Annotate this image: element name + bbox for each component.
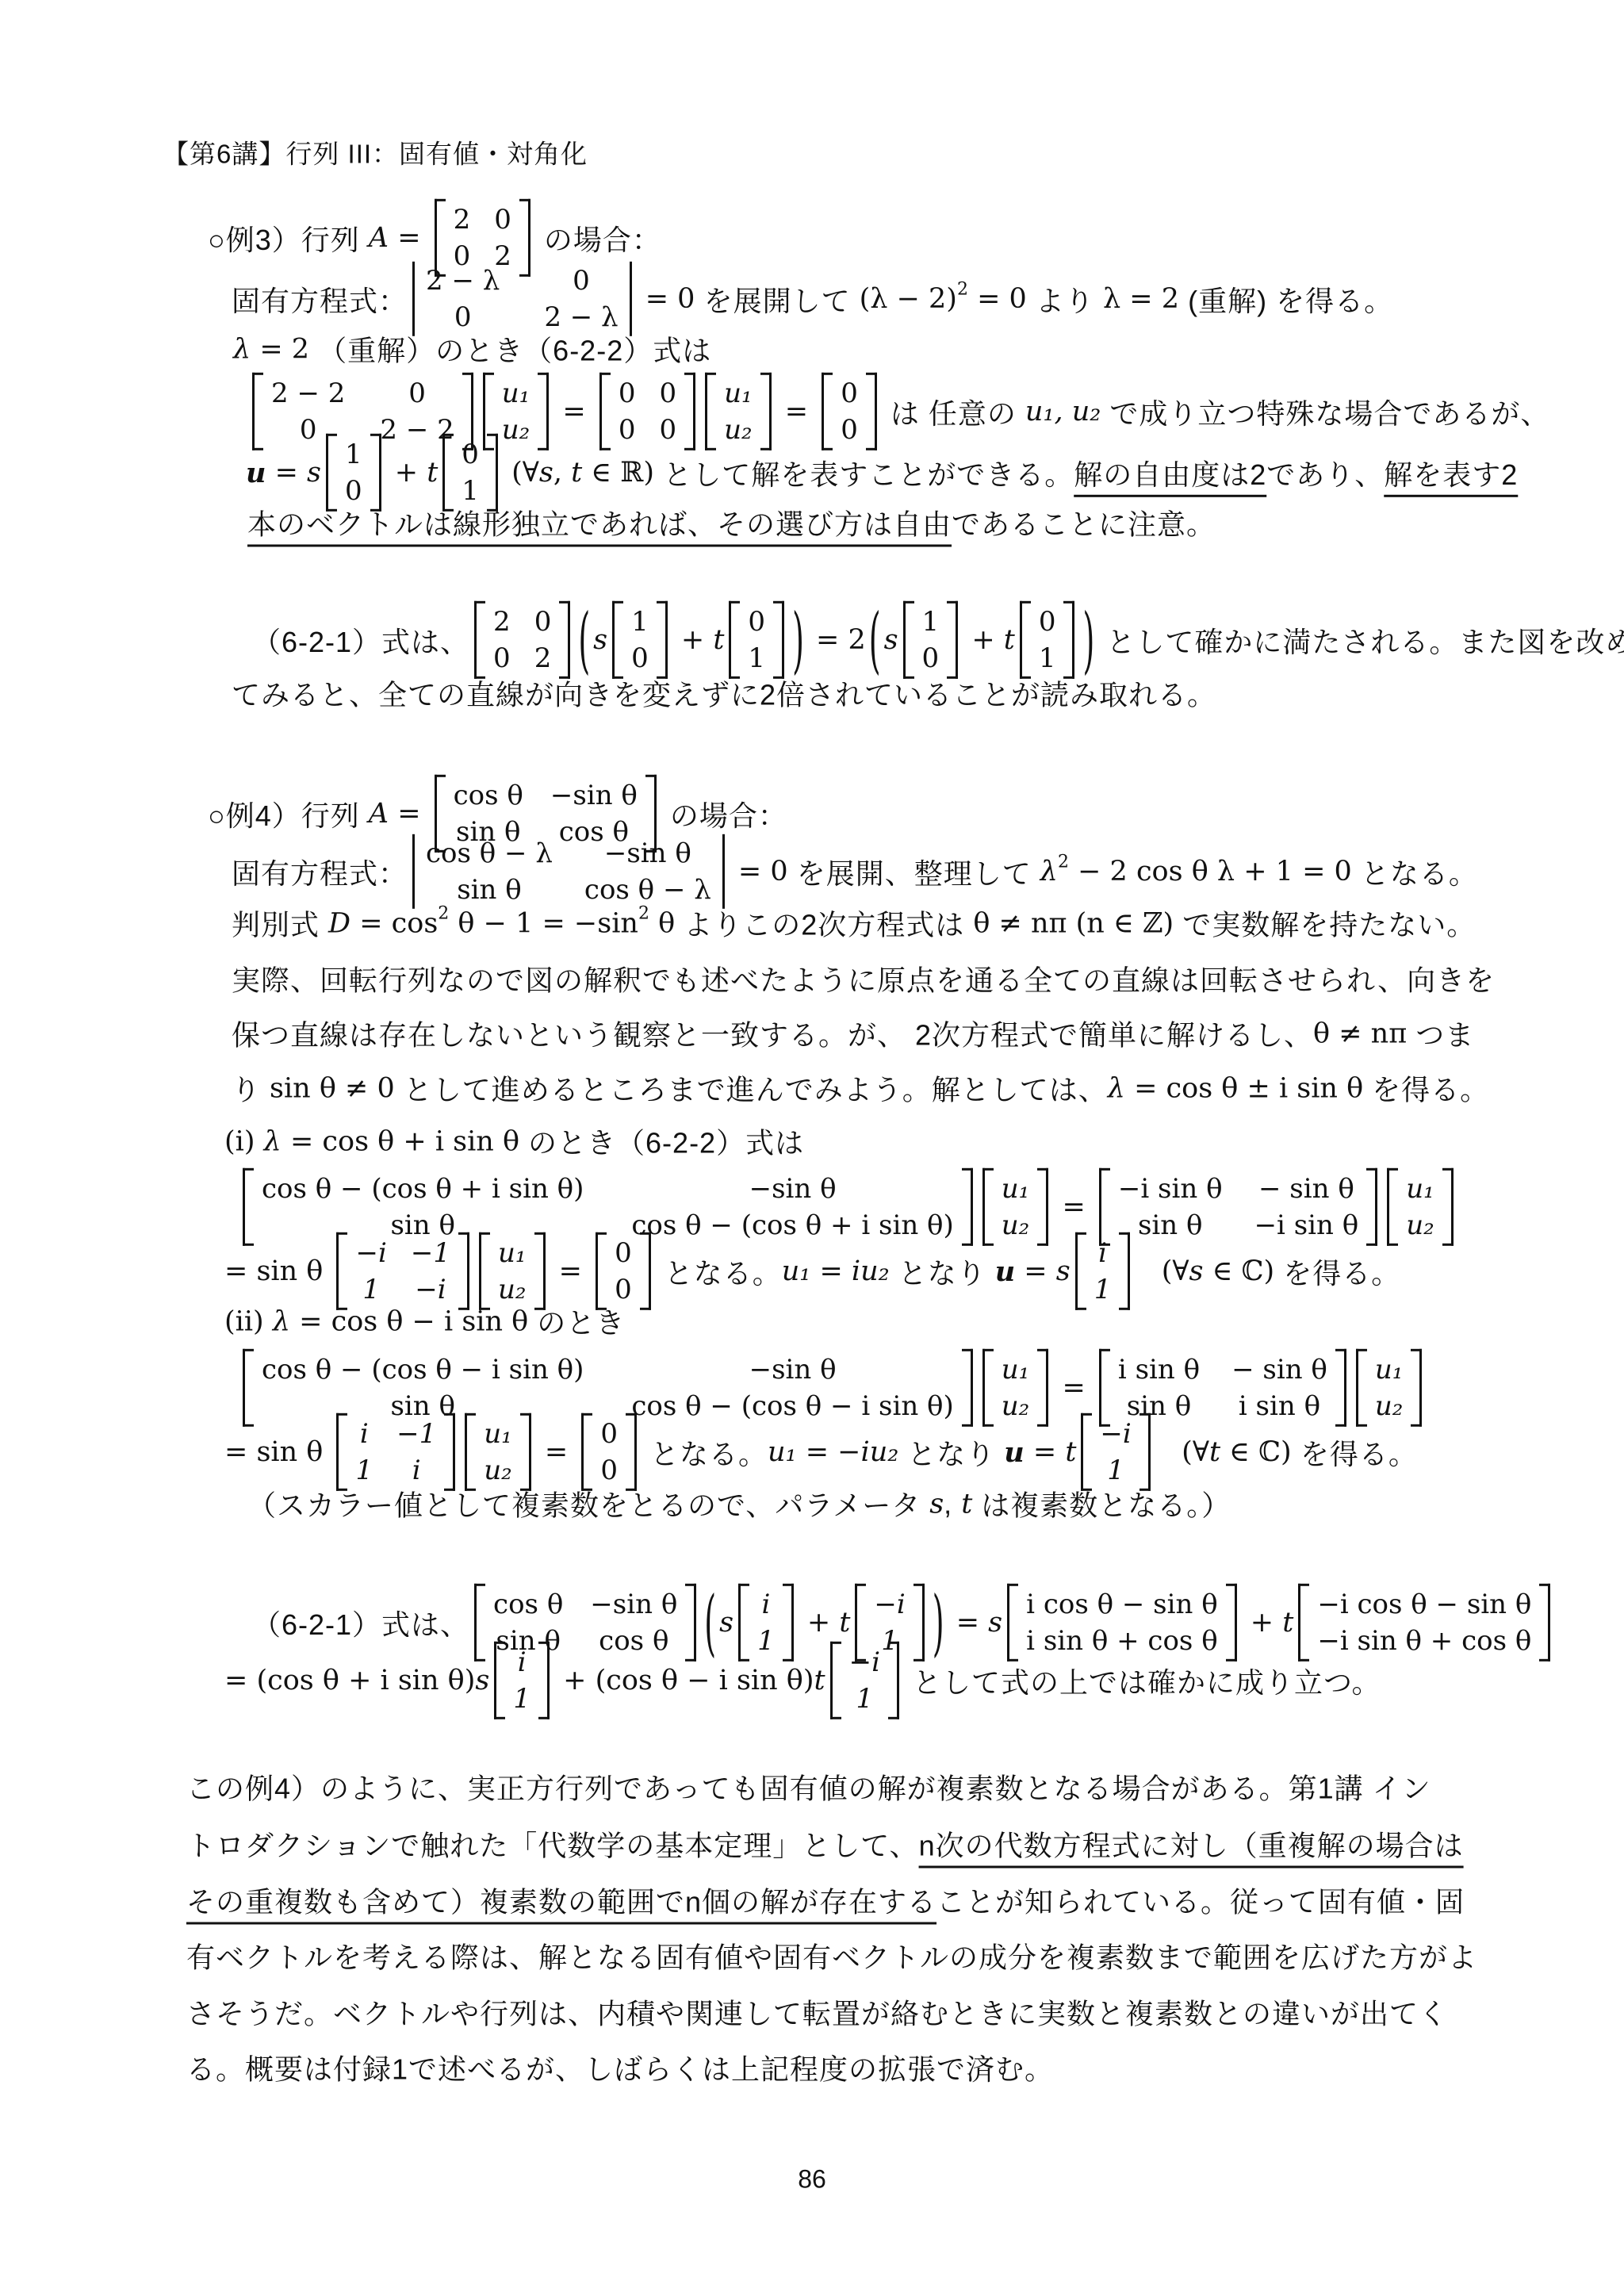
doc-line: 固有方程式：cos θ − λ−sin θsin θcos θ − λ = 0 … [232, 834, 1478, 909]
matrix-cell: u₁ [1002, 1352, 1030, 1387]
doc-line: = sin θ i−11iu₁u₂ = 00 となる。u₁ = −iu₂ となり… [224, 1413, 1418, 1491]
math-run: = [810, 1255, 852, 1287]
text-run: で成り立つ特殊な場合であるが、 [1101, 392, 1549, 432]
matrix-cell: i [1098, 1236, 1107, 1271]
matrix-cell: 1 [631, 604, 649, 639]
math-run: = (cos θ + i sin θ) [224, 1665, 475, 1696]
matrix-cell: u₁ [1406, 1171, 1434, 1206]
bracket-left-icon [830, 1642, 841, 1719]
math-variable: u₁, u₂ [1025, 396, 1101, 427]
math-run: (∀ [1155, 1436, 1209, 1468]
superscript: 2 [638, 903, 649, 923]
text-run: てみると、全ての直線が向きを変えずに2倍されていることが読み取れる。 [232, 673, 1216, 714]
doc-line: （スカラー値として複素数をとるので、パラメータ s, t は複素数となる。） [247, 1484, 1231, 1524]
bracket-right-icon [370, 434, 381, 512]
math-run: θ − 1 = −sin [449, 907, 638, 939]
math-run: , [553, 457, 571, 489]
document-content: ○例3）行列 A = 2002 の場合：固有方程式：2 − λ002 − λ =… [0, 0, 1624, 2296]
doc-line: り sin θ ≠ 0 として進めるところまで進んでみよう。解としては、λ = … [232, 1068, 1489, 1109]
math-variable: t [427, 457, 438, 489]
matrix-cell: cos θ [454, 778, 523, 813]
text-run: , [944, 1487, 961, 1520]
text-run: を得る。 [1363, 1068, 1489, 1109]
doc-line: （6-2-1）式は、2002(s10 + t01) = 2(s10 + t01)… [252, 601, 1624, 679]
big-paren: ( [869, 598, 881, 682]
matrix-cell: −sin θ [550, 778, 638, 813]
matrix-cell: − sin θ [1231, 1352, 1327, 1387]
matrix-cells: i1 [1086, 1232, 1120, 1310]
matrix-cell: u₁ [502, 376, 530, 411]
math-variable: D [328, 907, 350, 939]
math-run: (∀ [1135, 1255, 1189, 1287]
text-run: であり、 [1266, 453, 1384, 493]
matrix-cell: 0 [660, 376, 677, 411]
matrix-cell: 2 − λ [426, 263, 500, 298]
matrix-cell: cos θ − (cos θ − i sin θ) [262, 1352, 584, 1387]
matrix-cell: i [360, 1416, 369, 1451]
matrix-cell: cos θ [493, 1587, 563, 1622]
bracket-left-icon [494, 1642, 505, 1719]
text-run: を得る。 [1283, 1251, 1400, 1292]
matrix-cell: 1 [856, 1681, 873, 1716]
math-run: = [776, 396, 818, 427]
matrix-cells: u₁u₂ [490, 1232, 534, 1310]
bracket-right-icon [534, 1232, 546, 1310]
matrix-cell: 2 [493, 604, 511, 639]
math-run: = [550, 1255, 592, 1287]
superscript: 2 [438, 903, 449, 923]
math-variable: t [961, 1488, 972, 1520]
math-run: = [948, 1607, 989, 1639]
text-run: （スカラー値として複素数をとるので、パラメータ [247, 1484, 929, 1524]
text-run: となる。 [642, 1432, 768, 1473]
matrix-cells: 01 [454, 434, 487, 512]
matrix-cell: −i cos θ − sin θ [1317, 1587, 1531, 1622]
text-run: つま [1407, 1014, 1474, 1054]
bracket-left-icon [581, 1413, 592, 1491]
text-run: 判別式 [232, 903, 328, 944]
matrix-cell: 0 [573, 263, 590, 298]
text-run: は 任意の [882, 392, 1025, 432]
math-run: (i) [224, 1125, 264, 1157]
math-variable: s [719, 1607, 733, 1639]
text-run: として解を表すことができる。 [663, 453, 1074, 493]
bracket-right-icon [773, 601, 784, 679]
column-vector: i1 [494, 1642, 550, 1719]
text-run: のとき（6-2-2）式は [519, 1121, 804, 1162]
math-run: = 0 [637, 283, 704, 315]
math-run: = cos θ − i sin θ [290, 1305, 528, 1337]
math-variable: t [1282, 1607, 1293, 1639]
math-variable: s [475, 1665, 489, 1696]
matrix-cell: cos θ − λ [426, 836, 553, 871]
text-run: となる。 [656, 1251, 782, 1292]
bracket-left-icon [596, 1232, 607, 1310]
vector-symbol: u [995, 1255, 1015, 1288]
math-run: (λ − 2) [860, 283, 957, 315]
math-run: = [266, 457, 307, 489]
matrix-cell: 0 [534, 604, 552, 639]
matrix-cell: 1 [513, 1681, 530, 1716]
bracket-right-icon [626, 1413, 637, 1491]
underlined-text: 解を表す2 [1384, 453, 1518, 493]
text-run: の場合： [661, 794, 787, 834]
matrix: −i−11−i [336, 1232, 469, 1310]
bracket-right-icon [1063, 601, 1074, 679]
matrix-cell: 0 [619, 376, 636, 411]
math-variable: s [1189, 1255, 1204, 1287]
math-run: + [386, 457, 427, 489]
math-run: + (cos θ − i sin θ) [554, 1665, 814, 1696]
math-variable: s [539, 457, 553, 489]
text-run: ことが知られている。従って固有値・固 [936, 1880, 1465, 1921]
math-run: = 2 [807, 624, 866, 656]
doc-line: トロダクションで触れた「代数学の基本定理」として、n次の代数方程式に対し（重複解… [186, 1824, 1464, 1865]
vector-symbol: u [1004, 1436, 1024, 1469]
matrix-cell: 2 [534, 641, 552, 676]
math-variable: u₁ [782, 1255, 811, 1287]
text-run: として式の上では確かに成り立つ。 [904, 1661, 1381, 1701]
bracket-right-icon [640, 1232, 651, 1310]
matrix-cell: 0 [1039, 604, 1056, 639]
column-vector: 10 [326, 434, 381, 512]
matrix-cell: 1 [922, 604, 940, 639]
matrix-cell: 0 [493, 641, 511, 676]
doc-line: 保つ直線は存在しないという観察と一致する。が、 2次方程式で簡単に解けるし、θ … [232, 1014, 1474, 1054]
matrix-cell: u₁ [484, 1416, 512, 1451]
matrix: i−11i [336, 1413, 455, 1491]
vector-symbol: u [246, 457, 266, 489]
matrix-cells: 10 [337, 434, 370, 512]
text-run: 保つ直線は存在しないという観察と一致する。が、 2次方程式で簡単に解けるし、 [232, 1014, 1313, 1054]
text-run: のとき [528, 1301, 625, 1342]
matrix-cell: u₁ [1375, 1352, 1404, 1387]
matrix-cell: i [761, 1587, 770, 1622]
text-run: 有ベクトルを考える際は、解となる固有値や固有ベクトルの成分を複素数まで範囲を広げ… [186, 1936, 1477, 1976]
document-page: 【第6講】行列 III：固有値・対角化 ○例3）行列 A = 2002 の場合：… [0, 0, 1624, 2296]
doc-line: 有ベクトルを考える際は、解となる固有値や固有ベクトルの成分を複素数まで範囲を広げ… [186, 1936, 1477, 1976]
big-paren: ) [1082, 598, 1094, 682]
math-variable: λ [233, 333, 251, 365]
matrix-cell: −i [874, 1587, 905, 1622]
bracket-left-icon [465, 1413, 476, 1491]
math-variable: s [988, 1607, 1002, 1639]
math-run: θ ≠ nπ [1313, 1018, 1407, 1049]
math-run: λ = 2 [1103, 283, 1188, 315]
doc-line: = sin θ −i−11−iu₁u₂ = 00 となる。u₁ = iu₂ とな… [224, 1232, 1400, 1310]
matrix-cell: −i [1100, 1416, 1131, 1451]
matrix-cells: 10 [914, 601, 948, 679]
math-variable: t [1004, 624, 1015, 656]
math-variable: t [814, 1665, 825, 1696]
doc-line: 実際、回転行列なので図の解釈でも述べたように原点を通る全ての直線は回転させられ、… [232, 959, 1495, 999]
doc-line: λ = 2 （重解）のとき（6-2-2）式は [233, 329, 711, 370]
matrix-cell: u₁ [724, 376, 753, 411]
text-run: 実際、回転行列なので図の解釈でも述べたように原点を通る全ての直線は回転させられ、… [232, 959, 1495, 999]
math-variable: s [593, 624, 607, 656]
matrix-cell: i cos θ − sin θ [1026, 1587, 1218, 1622]
matrix-cells: −i−11−i [347, 1232, 458, 1310]
column-vector: −i1 [830, 1642, 899, 1719]
text-run: として確かに満たされる。また図を改め [1097, 620, 1624, 661]
bracket-right-icon [888, 1642, 899, 1719]
matrix-cells: i1 [505, 1642, 538, 1719]
bracket-right-icon [1442, 1168, 1454, 1246]
determinant: cos θ − λ−sin θsin θcos θ − λ [412, 834, 725, 909]
bracket-left-icon [1075, 1232, 1086, 1310]
math-run: + [1242, 1607, 1283, 1639]
bracket-left-icon [336, 1413, 347, 1491]
doc-line: u = s10 + t01 (∀s, t ∈ ℝ) として解を表すことができる。… [246, 434, 1518, 512]
matrix-cells: u₁u₂ [476, 1413, 520, 1491]
matrix-cells: u₁u₂ [1398, 1168, 1442, 1246]
bracket-right-icon [1539, 1584, 1550, 1662]
math-variable: s [884, 624, 898, 656]
text-run: よりこの2次方程式は [684, 903, 973, 944]
math-run: = sin θ [224, 1255, 331, 1287]
bracket-left-icon [442, 434, 454, 512]
matrix: 2002 [474, 601, 570, 679]
text-run: となり [890, 1251, 995, 1292]
doc-line: (i) λ = cos θ + i sin θ のとき（6-2-2）式は [224, 1121, 804, 1162]
math-variable: λ [1040, 856, 1058, 887]
math-run: ∈ ℝ) [582, 457, 663, 489]
math-run: + [799, 1607, 840, 1639]
matrix-cell: 2 [454, 202, 471, 237]
column-vector: 00 [596, 1232, 651, 1310]
big-paren: ) [792, 598, 804, 682]
math-run: = 0 [730, 856, 797, 887]
matrix-cell: 0 [922, 641, 940, 676]
underlined-text: 本のベクトルは線形独立であれば、その選び方は自由 [247, 503, 952, 543]
matrix-cell: −i [355, 1236, 386, 1271]
doc-line: その重複数も含めて）複素数の範囲でn個の解が存在することが知られている。従って固… [186, 1880, 1465, 1921]
bracket-left-icon [1081, 1413, 1092, 1491]
math-variable: s [929, 1488, 944, 1520]
matrix-cell: −sin θ [749, 1352, 837, 1387]
math-run: (ii) [224, 1305, 273, 1337]
matrix-cell: 0 [748, 604, 765, 639]
text-run: となり [898, 1432, 1004, 1473]
bracket-left-icon [729, 601, 740, 679]
math-run: = [389, 798, 430, 830]
bracket-right-icon [1139, 1413, 1151, 1491]
text-run: として進めるところまで進んでみよう。解としては、 [395, 1068, 1108, 1109]
bracket-left-icon [474, 601, 485, 679]
matrix-cell: 2 − 2 [271, 376, 345, 411]
column-vector: 01 [442, 434, 498, 512]
math-run: + [963, 624, 1004, 656]
text-run: は複素数となる。） [972, 1484, 1231, 1524]
matrix-cells: cos θ − λ−sin θsin θcos θ − λ [412, 834, 725, 909]
matrix-cell: i sin θ [1118, 1352, 1200, 1387]
matrix-cell: cos θ − (cos θ + i sin θ) [262, 1171, 584, 1206]
matrix-cell: u₁ [498, 1236, 527, 1271]
matrix-cell: 1 [1094, 1272, 1112, 1307]
matrix-cell: −i [849, 1645, 880, 1680]
text-run: さそうだ。ベクトルや行列は、内積や関連して転置が絡むときに実数と複素数との違いが… [186, 1992, 1448, 2033]
text-run: より [1036, 279, 1103, 320]
math-run: = [1053, 1191, 1094, 1223]
matrix-cell: −i sin θ [1118, 1171, 1223, 1206]
math-variable: t [1209, 1436, 1220, 1468]
column-vector: u₁u₂ [465, 1413, 531, 1491]
math-run: = [389, 222, 430, 254]
doc-line: この例4）のように、実正方行列であっても固有値の解が複素数となる場合がある。第1… [186, 1767, 1431, 1807]
text-run: り [232, 1068, 270, 1109]
text-run: となる。 [1361, 852, 1478, 892]
math-run: = sin θ [224, 1436, 331, 1468]
matrix-cell: 0 [841, 376, 858, 411]
math-variable: λ [264, 1125, 282, 1157]
bracket-left-icon [612, 601, 623, 679]
math-variable: t [1065, 1436, 1076, 1468]
matrix-cell: 0 [462, 437, 479, 472]
matrix-cell: − sin θ [1258, 1171, 1354, 1206]
underlined-text: その重複数も含めて）複素数の範囲でn個の解が存在する [186, 1880, 936, 1921]
math-variable: λ [273, 1305, 290, 1337]
bracket-right-icon [444, 1413, 455, 1491]
math-variable: t [571, 457, 582, 489]
column-vector: −i1 [1081, 1413, 1150, 1491]
math-run: (∀ [503, 457, 539, 489]
matrix-cells: −i1 [1092, 1413, 1139, 1491]
math-run: + [672, 624, 714, 656]
math-run: = [1053, 1372, 1094, 1404]
math-run: = 2 [251, 333, 318, 365]
text-run: ○例4）行列 [208, 794, 369, 834]
matrix-cell: 1 [748, 641, 765, 676]
column-vector: 01 [1020, 601, 1075, 679]
column-vector: 01 [729, 601, 784, 679]
underlined-text: 解の自由度は2 [1074, 453, 1266, 493]
matrix-cell: u₂ [1406, 1208, 1434, 1243]
doc-line: 判別式 D = cos2 θ − 1 = −sin2 θ よりこの2次方程式は … [232, 903, 1476, 944]
doc-line: さそうだ。ベクトルや行列は、内積や関連して転置が絡むときに実数と複素数との違いが… [186, 1992, 1448, 2033]
math-run: = cos [350, 907, 438, 939]
text-run: を得る。 [1300, 1432, 1418, 1473]
matrix-cells: i−11i [347, 1413, 444, 1491]
big-paren: ( [578, 598, 590, 682]
matrix-cells: 2 − λ002 − λ [412, 262, 632, 336]
text-run: （重解）のとき（6-2-2）式は [318, 329, 711, 370]
matrix-cell: 0 [600, 1416, 618, 1451]
matrix-cell: −1 [396, 1416, 436, 1451]
math-variable: iu₂ [861, 1436, 899, 1468]
bracket-right-icon [657, 601, 668, 679]
text-run: で実数解を持たない。 [1174, 903, 1476, 944]
bracket-left-icon [336, 1232, 347, 1310]
math-variable: A [369, 222, 389, 254]
text-run: る。概要は付録1で述べるが、しばらくは上記程度の拡張で済む。 [186, 2048, 1054, 2088]
math-run: = [1015, 1255, 1056, 1287]
bracket-right-icon [458, 1232, 469, 1310]
text-run: (重解) を得る。 [1188, 279, 1393, 320]
text-run: の場合： [535, 218, 661, 259]
bracket-right-icon [487, 434, 498, 512]
math-run: = 0 [968, 283, 1036, 315]
text-run: 固有方程式： [232, 279, 408, 320]
doc-line: 固有方程式：2 − λ002 − λ = 0 を展開して (λ − 2)2 = … [232, 262, 1393, 336]
matrix-cells: 01 [1031, 601, 1064, 679]
bracket-right-icon [559, 601, 570, 679]
determinant: 2 − λ002 − λ [412, 262, 632, 336]
math-variable: A [369, 798, 389, 830]
matrix-cells: 00 [592, 1413, 626, 1491]
text-run: トロダクションで触れた「代数学の基本定理」として、 [186, 1824, 919, 1865]
text-run: を展開して [704, 279, 860, 320]
math-run: sin θ ≠ 0 [270, 1072, 395, 1104]
matrix-cell: −sin θ [604, 836, 691, 871]
bracket-right-icon [520, 1413, 531, 1491]
matrix-cell: 0 [615, 1236, 632, 1271]
text-run: この例4）のように、実正方行列であっても固有値の解が複素数となる場合がある。第1… [186, 1767, 1431, 1807]
math-variable: iu₂ [852, 1255, 890, 1287]
math-variable: s [1056, 1255, 1071, 1287]
underlined-text: n次の代数方程式に対し（重複解の場合は [919, 1824, 1464, 1865]
matrix-cell: 0 [631, 641, 649, 676]
math-run: θ ≠ nπ (n ∈ ℤ) [973, 907, 1174, 939]
text-run: 固有方程式： [232, 852, 408, 892]
matrix-cell: 0 [408, 376, 426, 411]
math-run: = [536, 1436, 577, 1468]
matrix-cell: i [518, 1645, 527, 1680]
matrix-cell: −sin θ [590, 1587, 677, 1622]
matrix-cell: 1 [345, 437, 362, 472]
math-variable: s [307, 457, 321, 489]
doc-line: 本のベクトルは線形独立であれば、その選び方は自由であることに注意。 [247, 503, 1216, 543]
math-variable: t [839, 1607, 850, 1639]
bracket-right-icon [538, 1642, 550, 1719]
doc-line: (ii) λ = cos θ − i sin θ のとき [224, 1301, 625, 1342]
math-variable: λ [1108, 1072, 1125, 1104]
math-run: = cos θ + i sin θ [282, 1125, 519, 1157]
matrix-cell: u₁ [1002, 1171, 1030, 1206]
doc-line: てみると、全ての直線が向きを変えずに2倍されていることが読み取れる。 [232, 673, 1216, 714]
bracket-left-icon [1020, 601, 1031, 679]
matrix-cell: 1 [1039, 641, 1056, 676]
column-vector: 10 [903, 601, 959, 679]
matrix-cells: 10 [623, 601, 657, 679]
math-variable: u₁ [768, 1436, 797, 1468]
bracket-left-icon [479, 1232, 490, 1310]
column-vector: 10 [612, 601, 668, 679]
math-run: ∈ ℂ) [1220, 1436, 1300, 1468]
matrix-cell: −sin θ [749, 1171, 837, 1206]
matrix-cell: 0 [494, 202, 511, 237]
math-run: = − [797, 1436, 861, 1468]
text-run: であることに注意。 [952, 503, 1216, 543]
math-run: = cos θ ± i sin θ [1125, 1072, 1363, 1104]
bracket-left-icon [326, 434, 337, 512]
superscript: 2 [957, 279, 968, 299]
matrix-cells: −i1 [841, 1642, 888, 1719]
bracket-right-icon [1119, 1232, 1130, 1310]
bracket-right-icon [947, 601, 958, 679]
superscript: 2 [1058, 852, 1069, 872]
doc-line: = (cos θ + i sin θ)si1 + (cos θ − i sin … [224, 1642, 1381, 1719]
column-vector: u₁u₂ [479, 1232, 546, 1310]
page-number: 86 [0, 2165, 1624, 2194]
math-run: ∈ ℂ) [1203, 1255, 1283, 1287]
math-run: − 2 cos θ λ + 1 = 0 [1069, 856, 1361, 887]
text-run: （6-2-1）式は、 [252, 1603, 469, 1643]
matrix-cell: −1 [411, 1236, 450, 1271]
matrix-cells: 2002 [485, 601, 559, 679]
math-variable: t [713, 624, 724, 656]
text-run: ○例3）行列 [208, 218, 369, 259]
column-vector: i1 [1075, 1232, 1131, 1310]
